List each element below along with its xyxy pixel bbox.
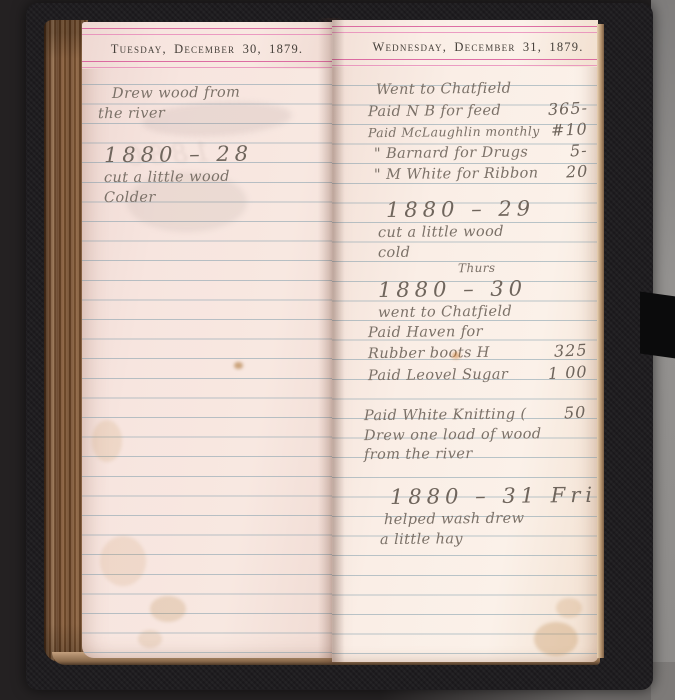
handwritten-line: 1880 – 31 Fri — [390, 482, 590, 511]
pink-rule-top — [82, 28, 332, 35]
handwritten-line: Drew one load of wood — [364, 424, 586, 446]
handwritten-line: " Barnard for Drugs5- — [368, 141, 588, 165]
pink-rule-bottom — [332, 59, 598, 66]
handwritten-line: Went to Chatfield — [368, 79, 588, 101]
printed-date-header: Tuesday, December 30, 1879. — [82, 42, 332, 57]
handwritten-line: from the river — [364, 444, 586, 466]
pink-rule-top — [332, 26, 598, 33]
handwriting-block: 1880 – 28cut a little woodColder — [104, 141, 324, 207]
handwriting-block: 1880 – 31 Frihelped wash drewa little ha… — [390, 483, 590, 549]
handwritten-amount: 1 00 — [548, 362, 588, 383]
handwritten-text: Paid Haven for — [368, 323, 483, 344]
handwriting-block: Went to ChatfieldPaid N B for feed365-Pa… — [368, 80, 588, 185]
stain — [452, 352, 460, 359]
handwritten-line: Paid N B for feed365- — [368, 98, 588, 122]
handwritten-text: from the river — [364, 445, 473, 466]
handwritten-text: Paid McLaughlin monthly — [368, 122, 540, 143]
printed-date-header: Wednesday, December 31, 1879. — [332, 40, 598, 55]
handwriting-block: Paid White Knitting (50Drew one load of … — [364, 404, 586, 465]
handwritten-line: Paid McLaughlin monthly#10 — [368, 120, 588, 143]
handwritten-amount: 325 — [554, 340, 588, 361]
handwriting-block: Drew wood fromthe river — [98, 84, 318, 123]
stain — [556, 598, 582, 618]
handwritten-line: Drew wood from — [98, 83, 318, 105]
handwritten-line: cut a little wood — [104, 167, 324, 189]
stain — [100, 536, 146, 586]
handwritten-text: Went to Chatfield — [376, 80, 512, 101]
handwritten-line: went to Chatfield — [368, 302, 588, 324]
handwritten-amount: 50 — [563, 402, 586, 423]
gutter-shadow — [318, 18, 346, 664]
handwritten-line: Colder — [104, 186, 324, 208]
handwriting-block: 1880 – 29cut a little woodcold — [386, 196, 586, 262]
diary-scan: 1880 Tuesday, December 30, 1879. Drew wo… — [0, 0, 675, 700]
handwritten-text: cut a little wood — [104, 168, 230, 189]
handwritten-line: helped wash drew — [384, 509, 590, 531]
stain — [534, 622, 578, 656]
handwritten-line: " M White for Ribbon20 — [368, 162, 588, 186]
handwritten-text: " M White for Ribbon — [374, 165, 539, 186]
stain — [92, 420, 122, 462]
handwritten-text: 1880 – 29 — [386, 195, 535, 224]
stain — [150, 596, 186, 622]
handwritten-amount: 365- — [548, 98, 589, 119]
handwritten-amount: 20 — [565, 162, 588, 183]
pink-rule-bottom — [82, 61, 332, 68]
handwritten-text: the river — [98, 104, 165, 124]
stain — [234, 362, 243, 369]
handwriting-block: Thurs1880 – 30went to ChatfieldPaid Have… — [368, 260, 588, 385]
handwritten-text: 1880 – 28 — [104, 141, 253, 170]
handwritten-text: 1880 – 30 — [378, 275, 527, 304]
handwritten-text: helped wash drew — [384, 510, 525, 531]
handwritten-text: Paid Leovel Sugar — [368, 365, 508, 386]
handwritten-line: Paid Haven for — [368, 321, 588, 343]
stain — [138, 630, 162, 648]
handwritten-text: went to Chatfield — [378, 303, 512, 324]
handwritten-text: Colder — [104, 188, 156, 208]
book-strap — [640, 291, 675, 358]
handwritten-text: a little hay — [380, 530, 463, 550]
handwritten-line: 1880 – 30 — [368, 275, 588, 304]
handwritten-line: Paid Leovel Sugar1 00 — [368, 363, 588, 387]
handwritten-text: Drew wood from — [112, 84, 241, 105]
handwritten-text: Thurs — [458, 260, 496, 276]
handwritten-text: Paid White Knitting ( — [364, 405, 527, 426]
header-band: Wednesday, December 31, 1879. — [332, 20, 598, 67]
right-page: Wednesday, December 31, 1879. Went to Ch… — [332, 20, 598, 662]
handwritten-line: 1880 – 29 — [386, 195, 586, 224]
handwritten-line: Rubber boots H325 — [368, 341, 588, 365]
handwritten-line: a little hay — [380, 528, 590, 550]
handwritten-text: cut a little wood — [378, 223, 504, 244]
header-band: Tuesday, December 30, 1879. — [82, 22, 332, 69]
handwritten-line: the river — [98, 102, 318, 124]
handwritten-text: 1880 – 31 Fri — [390, 482, 597, 511]
handwritten-text: Paid N B for feed — [368, 101, 501, 122]
handwritten-text: " Barnard for Drugs — [374, 143, 528, 164]
handwritten-text: Drew one load of wood — [364, 425, 542, 446]
handwritten-line: cut a little wood — [378, 222, 586, 244]
handwritten-amount: #10 — [551, 119, 589, 140]
handwritten-text: Rubber boots H — [368, 344, 490, 365]
handwritten-line: 1880 – 28 — [104, 140, 324, 169]
page-edge-sliver-right — [597, 24, 604, 658]
handwritten-amount: 5- — [570, 140, 588, 160]
handwritten-line: Paid White Knitting (50 — [364, 403, 586, 427]
